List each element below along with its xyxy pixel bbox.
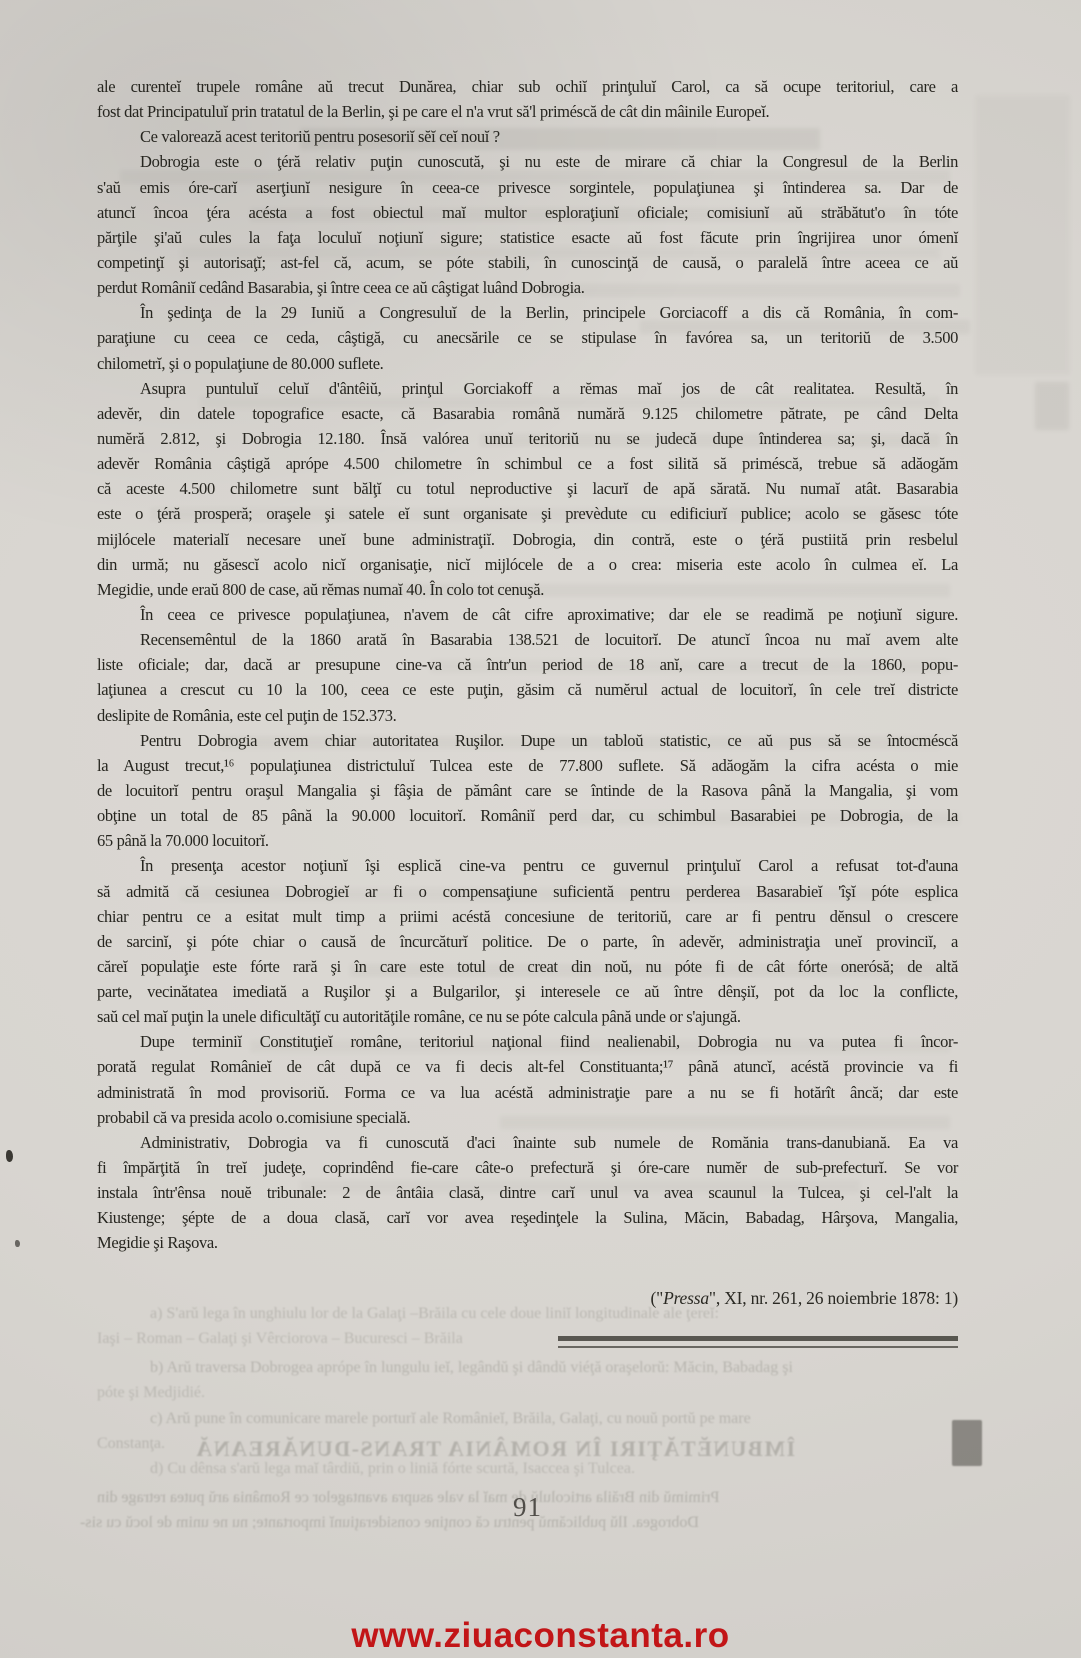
text-line: să admită că cesiunea Dobrogieĭ ar fi o … [97, 879, 958, 904]
text-line: Ce valorează acest teritoriŭ pentru pose… [97, 124, 958, 149]
text-line: laţiunea a crescut cu 10 la 100, ceea ce… [97, 677, 958, 702]
text-line: Asupra puntuluĭ celuĭ d'ântêiŭ, prinţul … [97, 376, 958, 401]
text-line: În şedinţa de la 29 Iuniŭ a Congresuluĭ … [97, 300, 958, 325]
paragraph: În şedinţa de la 29 Iuniŭ a Congresuluĭ … [97, 300, 958, 375]
text-line: mijlócele materialĭ necesare uneĭ bune a… [97, 527, 958, 552]
text-line: administrată în mod provisoriŭ. Forma ce… [97, 1080, 958, 1105]
citation-source: Pressa [663, 1288, 709, 1308]
citation-rest: ", XI, nr. 261, 26 noiembrie 1878: 1) [709, 1288, 958, 1308]
bleedthrough-line: ÎMBUNĔTĂŢIRI ÎN ROMÂNIA TRANS-DUNĂREANĂ [175, 1438, 815, 1460]
text-line: În ceea ce privesce populaţiunea, n'avem… [97, 602, 958, 627]
text-line: părţile şi'aŭ cules la faţa loculuĭ noţi… [97, 225, 958, 250]
paragraph: Recensemêntul de la 1860 arată în Basara… [97, 627, 958, 728]
bleedthrough-line: Iaşi – Roman – Galaţi şi Vêrciorova – Bu… [97, 1328, 463, 1350]
paragraph: În ceea ce privesce populaţiunea, n'avem… [97, 602, 958, 627]
text-line: din urmă; nu găsescĭ acolo nicĭ organisa… [97, 552, 958, 577]
text-line: adevĕr, din datele topografice esacte, c… [97, 401, 958, 426]
text-line: Megidie şi Raşova. [97, 1230, 958, 1255]
paragraph: Pentru Dobrogia avem chiar autoritatea R… [97, 728, 958, 854]
text-line: ale curenteĭ trupele române aŭ trecut Du… [97, 74, 958, 99]
ink-speck [6, 1150, 13, 1162]
paragraph: În presenţa acestor noţiunĭ îşi esplică … [97, 853, 958, 1029]
text-line: saŭ cel maĭ puţin la unele dificultăţĭ c… [97, 1004, 958, 1029]
text-line: de sarcinĭ, şi póte chiar o causă de înc… [97, 929, 958, 954]
article-text: ale curenteĭ trupele române aŭ trecut Du… [97, 74, 958, 1256]
text-line: Megidie, unde eraŭ 800 de case, aŭ rĕmas… [97, 577, 958, 602]
bleedthrough-line: a) S'arŭ lega în unghiulu lor de la Gala… [150, 1303, 719, 1325]
scanned-page: a) S'arŭ lega în unghiulu lor de la Gala… [0, 0, 1081, 1658]
text-line: deslipite de România, este cel puţin de … [97, 703, 958, 728]
paragraph: Dupe terminiĭ Constituţieĭ române, terit… [97, 1029, 958, 1130]
text-line: instala într'ênsa nouĕ tribunale: 2 de â… [97, 1180, 958, 1205]
bleedthrough-box [952, 1420, 982, 1466]
bleedthrough-smudge [975, 95, 1070, 375]
text-line: s'aŭ emis óre-carĭ aserţiunĭ nesigure în… [97, 175, 958, 200]
separator-rule-thick [558, 1336, 958, 1341]
text-line: fost dat Principatuluĭ prin tratatul de … [97, 99, 958, 124]
text-line: la August trecut,¹⁶ populaţiunea distric… [97, 753, 958, 778]
text-line: Dupe terminiĭ Constituţieĭ române, terit… [97, 1029, 958, 1054]
text-line: Recensemêntul de la 1860 arată în Basara… [97, 627, 958, 652]
bleedthrough-line: Constanţa. [97, 1433, 165, 1455]
text-line: Kiustenge; şépte de a doua clasă, carĭ v… [97, 1205, 958, 1230]
text-line: porată regulat Românieĭ de cât după ce v… [97, 1054, 958, 1079]
text-line: obţine un total de 85 până la 90.000 loc… [97, 803, 958, 828]
text-line: Administrativ, Dobrogia va fi cunoscută … [97, 1130, 958, 1155]
paragraph: Asupra puntuluĭ celuĭ d'ântêiŭ, prinţul … [97, 376, 958, 602]
page-number: 91 [97, 1492, 958, 1523]
text-line: atuncĭ încoa ţéra acésta a fost obiectul… [97, 200, 958, 225]
text-line: liste oficiale; dar, dacă ar presupune c… [97, 652, 958, 677]
separator-rule [558, 1336, 958, 1348]
text-line: Pentru Dobrogia avem chiar autoritatea R… [97, 728, 958, 753]
watermark: www.ziuaconstanta.ro [0, 1616, 1081, 1656]
text-line: parte, vecinătatea imediată a Ruşilor şi… [97, 979, 958, 1004]
text-line: competinţĭ şi autorisaţĭ; ast-fel că, ac… [97, 250, 958, 275]
text-line: că aceste 4.500 chilometre sunt bălţĭ cu… [97, 476, 958, 501]
text-line: de locuitorĭ pentru oraşul Mangalia şi f… [97, 778, 958, 803]
bleedthrough-line: c) Arŭ pune în comunicare marele porturĭ… [150, 1408, 751, 1430]
text-line: chilometrĭ, şi o populaţiune de 80.000 s… [97, 351, 958, 376]
citation: ("Pressa", XI, nr. 261, 26 noiembrie 187… [651, 1288, 958, 1309]
bleedthrough-line: póte şi Medjidié. [97, 1382, 205, 1404]
text-line: chiar pentru ce a esitat mult timp a pri… [97, 904, 958, 929]
paragraph: ale curenteĭ trupele române aŭ trecut Du… [97, 74, 958, 124]
text-line: numĕră 2.812, şi Dobrogia 12.180. Însă v… [97, 426, 958, 451]
text-line: În presenţa acestor noţiunĭ îşi esplică … [97, 853, 958, 878]
text-line: căreĭ populaţie este fórte rară şi în ca… [97, 954, 958, 979]
text-line: adevĕr România câştigă aprópe 4.500 chil… [97, 451, 958, 476]
text-line: probabil că va presida acolo o.comisiune… [97, 1105, 958, 1130]
text-line: fi împărţită în treĭ judeţe, coprindênd … [97, 1155, 958, 1180]
bleedthrough-line: d) Cu dênsa s'arŭ lega maĭ târdiŭ, prin … [150, 1458, 635, 1480]
paragraph: Administrativ, Dobrogia va fi cunoscută … [97, 1130, 958, 1256]
citation-open: (" [651, 1288, 664, 1308]
ink-speck [15, 1240, 20, 1247]
paragraph: Dobrogia este o ţéră relativ puţin cunos… [97, 149, 958, 300]
text-line: paraţiune cu ceea ce ceda, câştigă, cu a… [97, 325, 958, 350]
bleedthrough-smudge [1035, 382, 1069, 430]
text-line: este o ţéră prosperă; oraşele şi satele … [97, 501, 958, 526]
text-line: Dobrogia este o ţéră relativ puţin cunos… [97, 149, 958, 174]
bleedthrough-line: b) Arŭ traversa Dobrogea aprópe în lungu… [150, 1357, 793, 1379]
text-line: perdut Româniĭ cedând Basarabia, şi într… [97, 275, 958, 300]
separator-rule-thin [558, 1346, 958, 1348]
text-line: 65 până la 70.000 locuitorĭ. [97, 828, 958, 853]
paragraph: Ce valorează acest teritoriŭ pentru pose… [97, 124, 958, 149]
